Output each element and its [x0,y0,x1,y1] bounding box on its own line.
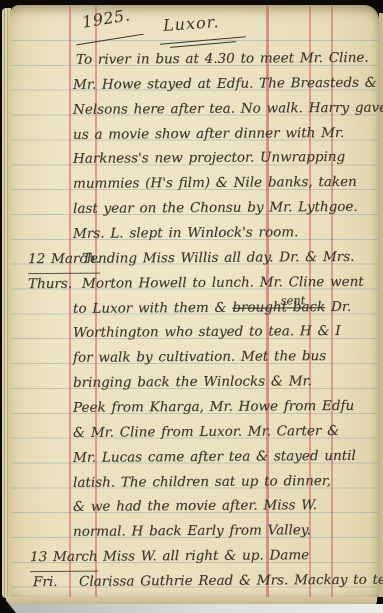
correction: brought backsent [232,299,325,316]
diary-text: Mr. Howe stayed at Edfu. The Breasteds & [73,70,377,98]
year-underline [76,34,143,46]
diary-line: & we had the movie after. Miss W. [0,492,383,520]
diary-line: Mrs. L. slept in Winlock's room. [0,219,383,247]
diary-line: to Luxor with them & brought backsent Dr… [0,293,383,321]
diary-line: for walk by cultivation. Met the bus [0,343,383,371]
diary-text: Nelsons here after tea. No walk. Harry g… [73,94,383,122]
diary-text: & Mr. Cline from Luxor. Mr. Carter & [73,418,339,446]
year-label: 1925. [81,5,132,31]
diary-line: bringing back the Winlocks & Mr. [0,368,383,396]
diary-line: 13 March Miss W. all right & up. Dame [0,542,383,570]
diary-line: Fri. Clarissa Guthrie Read & Mrs. Mackay… [0,567,383,595]
diary-text: Mr. Lucas came after tea & stayed until [73,443,356,471]
page-title: Luxor. [162,12,220,35]
diary-text: last year on the Chonsu by Mr. Lythgoe. [73,194,358,222]
diary-line: Mr. Howe stayed at Edfu. The Breasteds & [0,70,383,98]
diary-line: last year on the Chonsu by Mr. Lythgoe. [0,194,383,222]
diary-line: Peek from Kharga, Mr. Howe from Edfu [0,393,383,421]
diary-text: bringing back the Winlocks & Mr. [73,368,312,396]
diary-text: normal. H back Early from Valley. [73,517,311,545]
strikethrough-text: brought back [232,299,325,316]
diary-text: latish. The children sat up to dinner, [73,468,331,496]
table-surface [0,604,383,613]
diary-text: Clarissa Guthrie Read & Mrs. Mackay to t… [79,567,383,595]
margin-day: Fri. [33,569,58,595]
diary-line: 12 March. Tending Miss Willis all day. D… [0,244,383,272]
diary-line: Nelsons here after tea. No walk. Harry g… [0,94,383,122]
diary-line: & Mr. Cline from Luxor. Mr. Carter & [0,418,383,446]
diary-text: Harkness's new projector. Unwrapping [73,144,345,172]
diary-text: & we had the movie after. Miss W. [73,493,317,521]
diary-text: mummies (H's film) & Nile banks, taken [73,169,357,197]
diary-text: Peek from Kharga, Mr. Howe from Edfu [73,393,354,421]
diary-line: Mr. Lucas came after tea & stayed until [0,442,383,470]
diary-line: Harkness's new projector. Unwrapping [0,144,383,172]
diary-text: To river in bus at 4.30 to meet Mr. Clin… [76,45,369,73]
margin-day: Thurs. [28,271,72,297]
diary-line: latish. The children sat up to dinner, [0,467,383,495]
diary-line: us a movie show after dinner with Mr. [0,119,383,147]
diary-text: for walk by cultivation. Met the bus [73,343,326,371]
inserted-word: sent [280,287,305,313]
diary-text: to Luxor with them & [73,299,232,316]
diary-text: Worthington who stayed to tea. H & I [73,318,341,346]
diary-text: Miss W. all right & up. Dame [103,542,309,569]
diary-line: Thurs. Morton Howell to lunch. Mr. Cline… [0,268,383,296]
diary-line: normal. H back Early from Valley. [0,517,383,545]
diary-line: Worthington who stayed to tea. H & I [0,318,383,346]
diary-line: To river in bus at 4.30 to meet Mr. Clin… [0,45,383,73]
diary-text: Dr. [325,298,351,314]
diary-text: Morton Howell to lunch. Mr. Cline went [82,268,364,296]
diary-line: mummies (H's film) & Nile banks, taken [0,169,383,197]
diary-text: Mrs. L. slept in Winlock's room. [73,219,298,247]
handwriting-layer: 1925. Luxor. To river in bus at 4.30 to … [0,0,383,613]
diary-text: Tending Miss Willis all day. Dr. & Mrs. [82,244,355,272]
